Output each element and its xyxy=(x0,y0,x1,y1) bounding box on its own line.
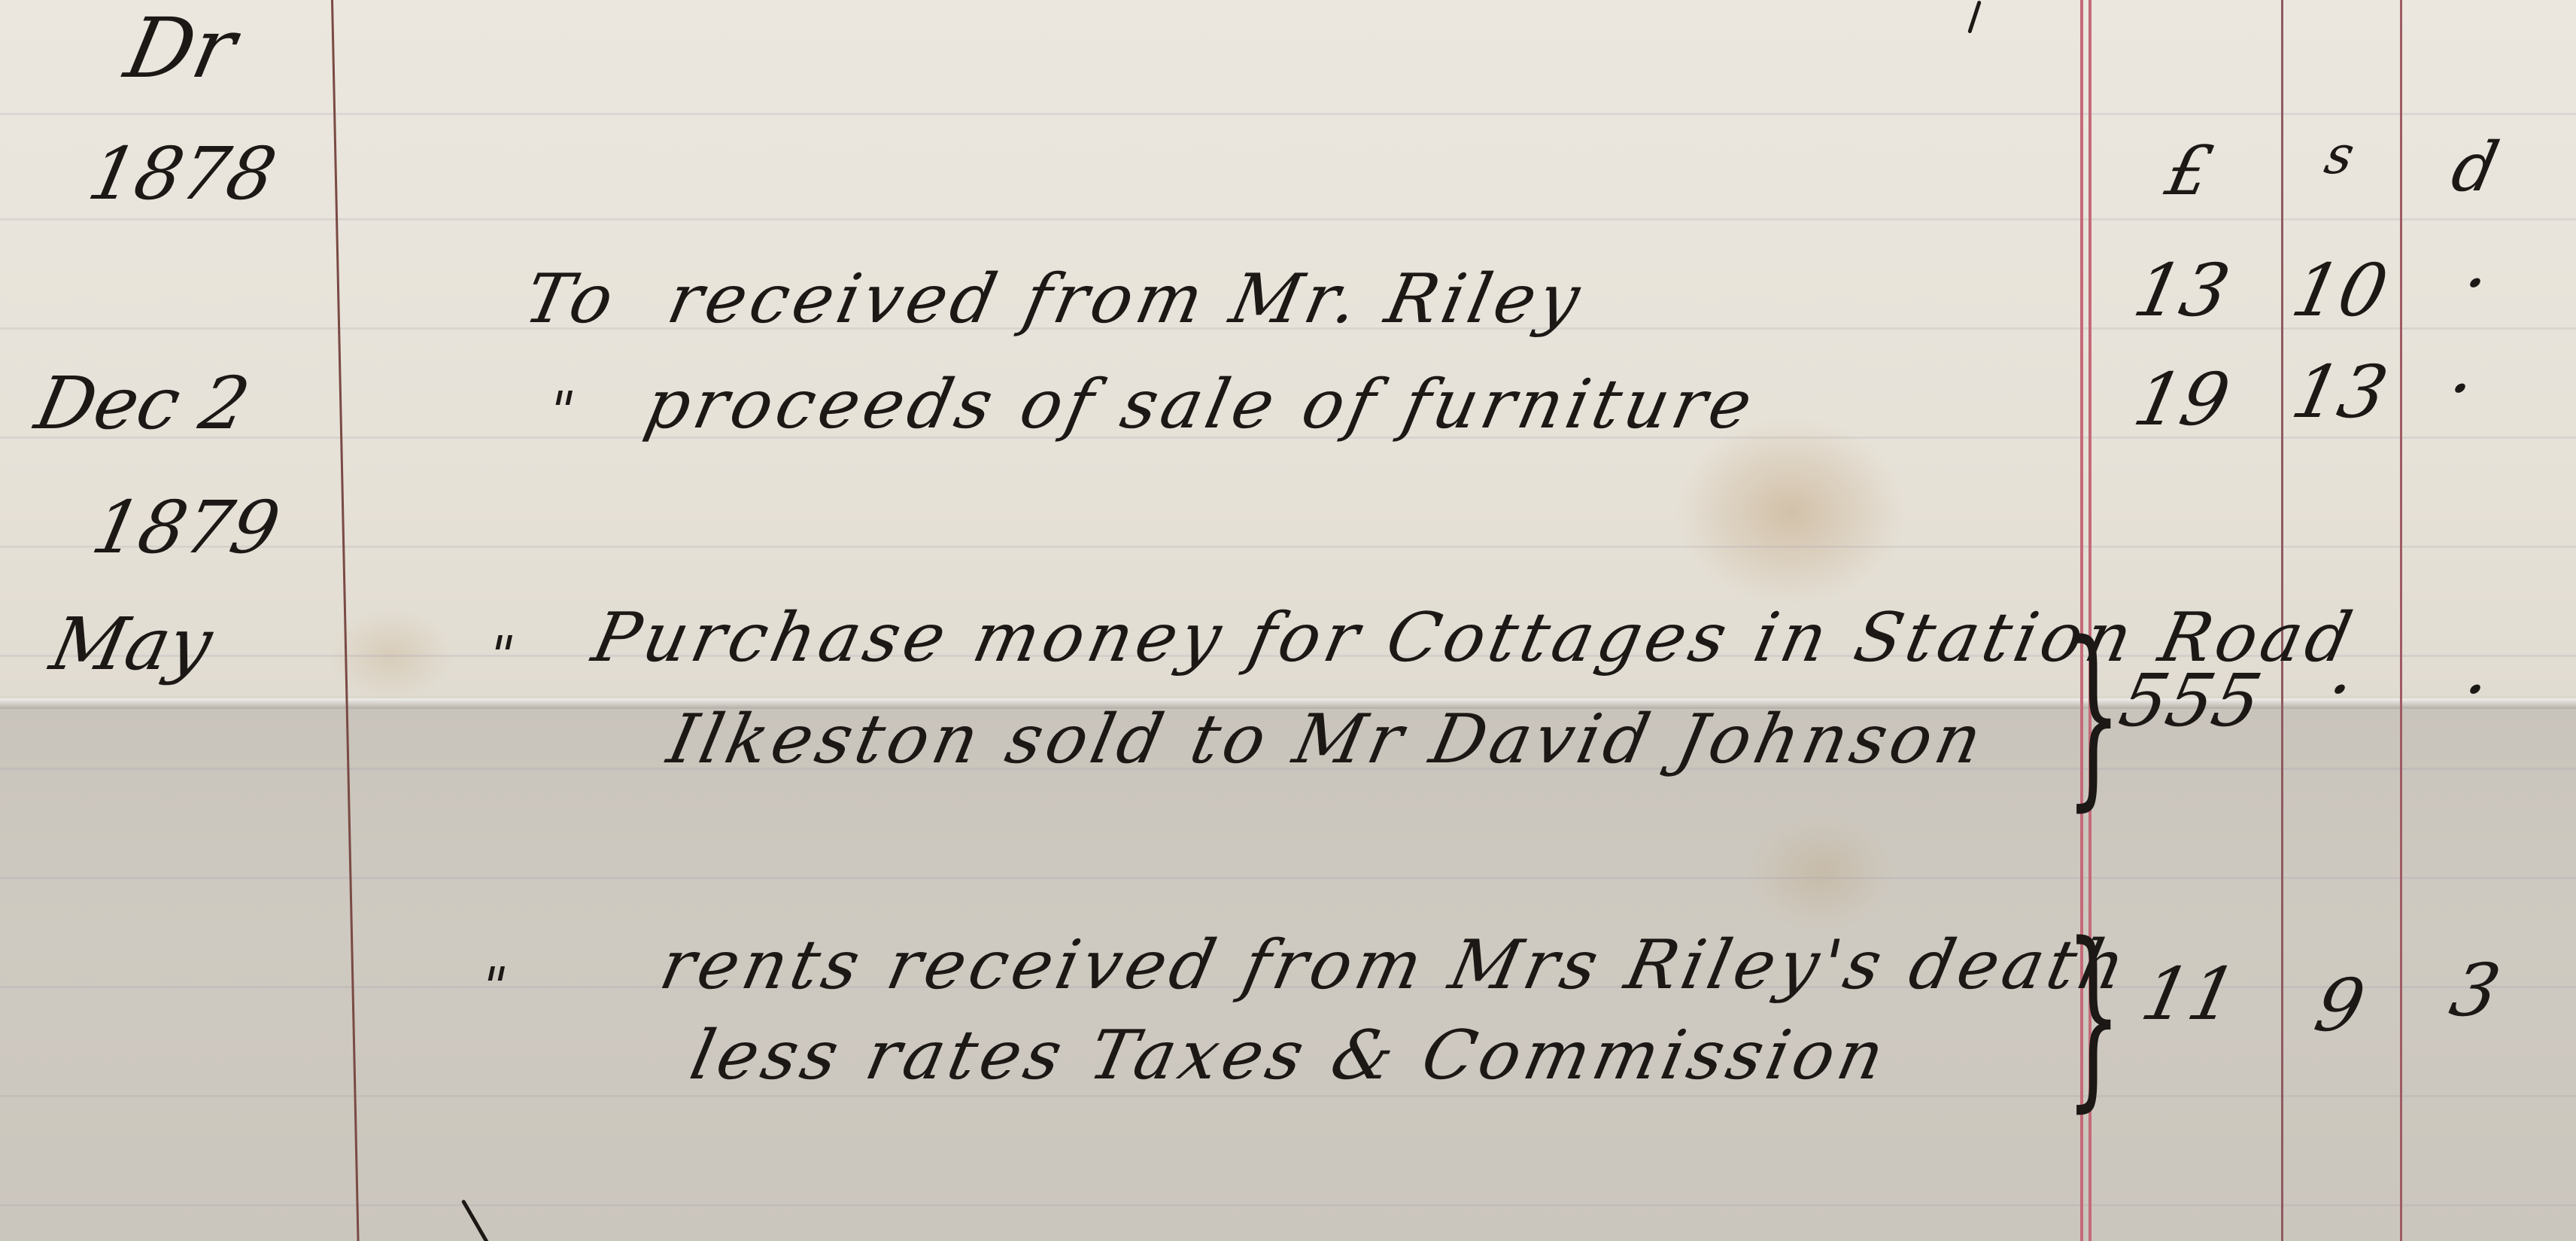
entry-description: proceeds of sale of furniture xyxy=(639,365,1763,444)
ruled-line xyxy=(0,218,2576,221)
bracket-brace: } xyxy=(2065,617,2121,813)
ruled-line xyxy=(0,546,2576,548)
entry-pounds: 13 xyxy=(2113,248,2251,333)
year-marker: 1879 xyxy=(85,485,287,570)
descender-stroke xyxy=(1967,0,1982,33)
entry-pounds: 555 xyxy=(2113,659,2266,743)
entry-shillings: 13 xyxy=(2278,350,2401,434)
entry-pence: 3 xyxy=(2421,948,2529,1033)
year-marker: 1878 xyxy=(81,132,283,216)
entry-description: rents received from Mrs Riley's death xyxy=(654,926,2137,1005)
entry-description-continued: Ilkeston sold to Mr David Johnson xyxy=(661,700,1993,779)
entry-pounds: 19 xyxy=(2113,357,2251,442)
entry-pence: · xyxy=(2406,346,2514,430)
bracket-brace: } xyxy=(2065,918,2121,1114)
pounds-column-header: £ xyxy=(2136,132,2243,211)
pence-column-header: d xyxy=(2422,128,2529,207)
ruled-line xyxy=(0,1204,2576,1206)
entry-pence: · xyxy=(2421,647,2529,732)
entry-date: Dec 2 xyxy=(29,361,257,446)
shillings-column-header: s xyxy=(2295,124,2383,186)
ruled-line xyxy=(0,113,2576,115)
entry-shillings: 10 xyxy=(2278,248,2401,333)
ruled-line xyxy=(0,1095,2576,1097)
entry-date: May xyxy=(44,602,220,686)
ruled-line xyxy=(0,877,2576,879)
date-margin-line xyxy=(331,0,360,1241)
entry-prefix: To xyxy=(518,260,625,339)
entry-description-continued: less rates Taxes & Commission xyxy=(684,1016,1895,1095)
ditto-mark: " xyxy=(542,380,580,442)
pence-column-rule xyxy=(2400,0,2402,1241)
entry-pounds: 11 xyxy=(2128,952,2251,1036)
entry-shillings: 9 xyxy=(2293,963,2386,1048)
ledger-page: Dr £ s d 1878 1879 To received from Mr. … xyxy=(0,0,2576,1241)
entry-description: received from Mr. Riley xyxy=(661,260,1591,339)
debit-heading: Dr xyxy=(117,0,244,96)
entry-pence: · xyxy=(2421,241,2529,325)
